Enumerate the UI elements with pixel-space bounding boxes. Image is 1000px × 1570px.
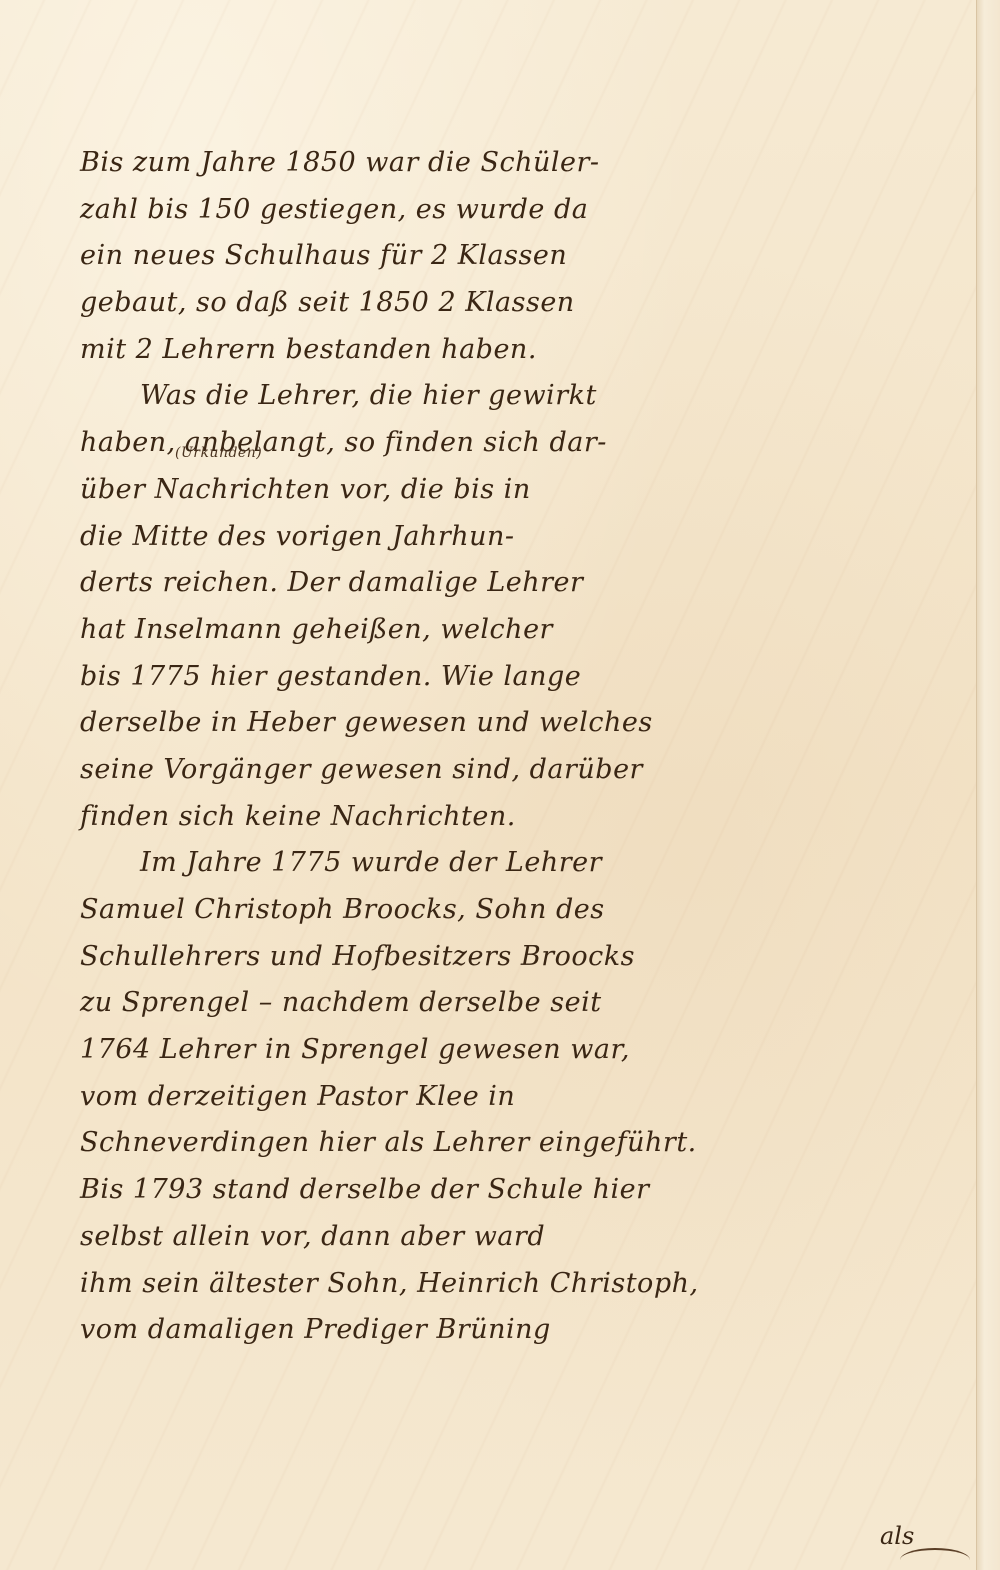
line-text: hat Inselmann geheißen, welcher — [80, 614, 553, 645]
manuscript-line: bis 1775 hier gestanden. Wie lange — [80, 654, 960, 701]
line-text: derselbe in Heber gewesen und welches — [80, 707, 653, 738]
line-text: derts reichen. Der damalige Lehrer — [80, 567, 583, 598]
manuscript-line: vom damaligen Prediger Brüning — [80, 1307, 960, 1354]
line-text: die Mitte des vorigen Jahrhun- — [80, 521, 515, 552]
ink-flourish — [900, 1548, 970, 1570]
line-text: über Nachrichten vor, die bis in — [80, 474, 531, 505]
catchword: als — [880, 1522, 914, 1550]
manuscript-line: Schullehrers und Hofbesitzers Broocks — [80, 934, 960, 981]
line-text: Schneverdingen hier als Lehrer eingeführ… — [80, 1127, 697, 1158]
manuscript-line: ein neues Schulhaus für 2 Klassen — [80, 233, 960, 280]
manuscript-line: selbst allein vor, dann aber ward — [80, 1214, 960, 1261]
manuscript-line: gebaut, so daß seit 1850 2 Klassen — [80, 280, 960, 327]
line-text: zahl bis 150 gestiegen, es wurde da — [80, 194, 588, 225]
line-text: ihm sein ältester Sohn, Heinrich Christo… — [80, 1268, 699, 1299]
line-text: seine Vorgänger gewesen sind, darüber — [80, 754, 643, 785]
manuscript-line: mit 2 Lehrern bestanden haben. — [80, 327, 960, 374]
line-text: haben, anbelangt, so finden sich dar- — [80, 427, 607, 458]
manuscript-line: Bis 1793 stand derselbe der Schule hier — [80, 1167, 960, 1214]
manuscript-line: die Mitte des vorigen Jahrhun- — [80, 514, 960, 561]
manuscript-line: finden sich keine Nachrichten. — [80, 794, 960, 841]
line-text: Bis zum Jahre 1850 war die Schüler- — [80, 147, 600, 178]
line-text: gebaut, so daß seit 1850 2 Klassen — [80, 287, 575, 318]
line-text: mit 2 Lehrern bestanden haben. — [80, 334, 537, 365]
manuscript-line: 1764 Lehrer in Sprengel gewesen war, — [80, 1027, 960, 1074]
line-text: Im Jahre 1775 wurde der Lehrer — [140, 847, 602, 878]
line-text: Bis 1793 stand derselbe der Schule hier — [80, 1174, 650, 1205]
manuscript-line: seine Vorgänger gewesen sind, darüber — [80, 747, 960, 794]
line-text: 1764 Lehrer in Sprengel gewesen war, — [80, 1034, 630, 1065]
manuscript-line: (Urkunden) über Nachrichten vor, die bis… — [80, 467, 960, 514]
manuscript-line: hat Inselmann geheißen, welcher — [80, 607, 960, 654]
line-text: Schullehrers und Hofbesitzers Broocks — [80, 941, 635, 972]
line-text: selbst allein vor, dann aber ward — [80, 1221, 545, 1252]
line-text: Samuel Christoph Broocks, Sohn des — [80, 894, 605, 925]
manuscript-line: zahl bis 150 gestiegen, es wurde da — [80, 187, 960, 234]
line-text: finden sich keine Nachrichten. — [80, 801, 516, 832]
manuscript-line: derselbe in Heber gewesen und welches — [80, 700, 960, 747]
line-text: bis 1775 hier gestanden. Wie lange — [80, 661, 581, 692]
line-text: vom derzeitigen Pastor Klee in — [80, 1081, 515, 1112]
line-text: Was die Lehrer, die hier gewirkt — [140, 380, 597, 411]
line-text: ein neues Schulhaus für 2 Klassen — [80, 240, 567, 271]
manuscript-line: Im Jahre 1775 wurde der Lehrer — [80, 840, 960, 887]
manuscript-line: vom derzeitigen Pastor Klee in — [80, 1074, 960, 1121]
manuscript-body: Bis zum Jahre 1850 war die Schüler- zahl… — [80, 140, 960, 1354]
manuscript-line: derts reichen. Der damalige Lehrer — [80, 560, 960, 607]
interlinear-insertion: (Urkunden) — [175, 445, 262, 461]
line-text: vom damaligen Prediger Brüning — [80, 1314, 551, 1345]
manuscript-line: Samuel Christoph Broocks, Sohn des — [80, 887, 960, 934]
page-edge-fold — [976, 0, 1000, 1570]
manuscript-line: ihm sein ältester Sohn, Heinrich Christo… — [80, 1261, 960, 1308]
manuscript-line: zu Sprengel – nachdem derselbe seit — [80, 980, 960, 1027]
line-text: zu Sprengel – nachdem derselbe seit — [80, 987, 602, 1018]
manuscript-line: Was die Lehrer, die hier gewirkt — [80, 373, 960, 420]
manuscript-line: Bis zum Jahre 1850 war die Schüler- — [80, 140, 960, 187]
manuscript-line: Schneverdingen hier als Lehrer eingeführ… — [80, 1120, 960, 1167]
